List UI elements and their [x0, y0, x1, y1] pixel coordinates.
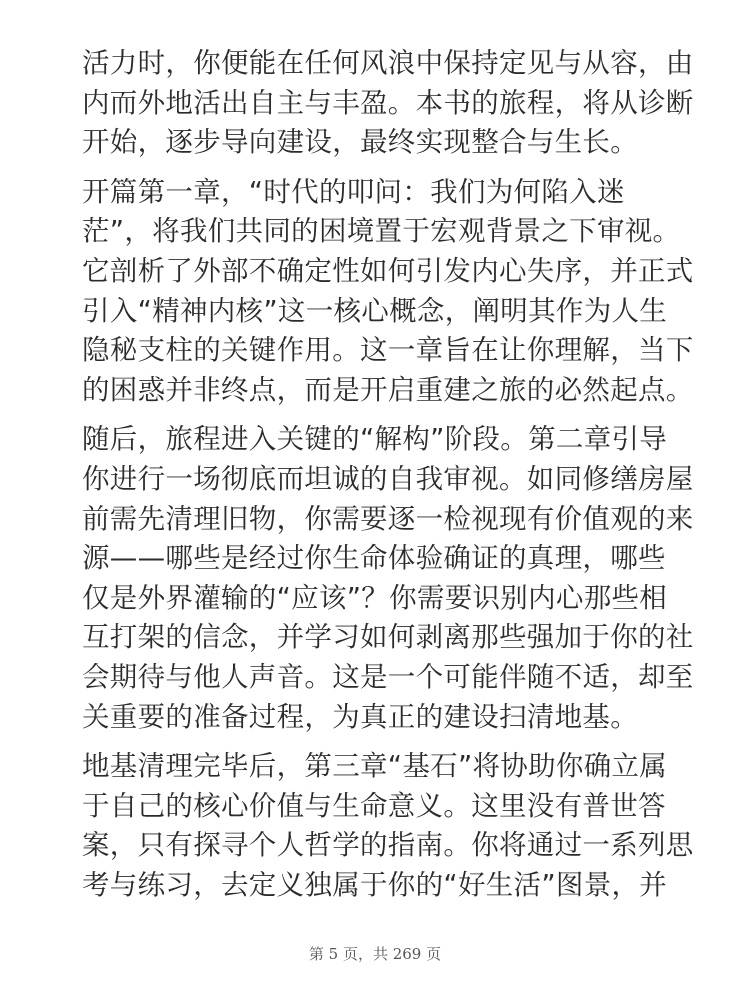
text-line: 开篇第一章，“时代的叩问：我们为何陷入迷 [82, 173, 672, 213]
text-line: 互打架的信念，并学习如何剥离那些强加于你的社 [82, 618, 672, 658]
text-line: 茫”，将我们共同的困境置于宏观背景之下审视。 [82, 212, 672, 252]
text-line: 关重要的准备过程，为真正的建设扫清地基。 [82, 698, 672, 738]
page-indicator: 第 5 页，共 269 页 [0, 943, 750, 964]
text-line: 案，只有探寻个人哲学的指南。你将通过一系列思 [82, 826, 672, 866]
text-line: 考与练习，去定义独属于你的“好生活”图景，并 [82, 866, 672, 906]
text-line: 前需先清理旧物，你需要逐一检视现有价值观的来 [82, 500, 672, 540]
text-line: 的困惑并非终点，而是开启重建之旅的必然起点。 [82, 371, 672, 411]
text-line: 开始，逐步导向建设，最终实现整合与生长。 [82, 123, 672, 163]
paragraph-2: 开篇第一章，“时代的叩问：我们为何陷入迷 茫”，将我们共同的困境置于宏观背景之下… [82, 173, 672, 411]
document-page: 活力时，你便能在任何风浪中保持定见与从容，由 内而外地活出自主与丰盈。本书的旅程… [82, 44, 672, 915]
text-line: 源——哪些是经过你生命体验确证的真理，哪些 [82, 539, 672, 579]
text-line: 于自己的核心价值与生命意义。这里没有普世答 [82, 787, 672, 827]
text-line: 它剖析了外部不确定性如何引发内心失序，并正式 [82, 252, 672, 292]
text-line: 随后，旅程进入关键的“解构”阶段。第二章引导 [82, 420, 672, 460]
text-line: 仅是外界灌输的“应该”？你需要识别内心那些相 [82, 579, 672, 619]
text-line: 隐秘支柱的关键作用。这一章旨在让你理解，当下 [82, 331, 672, 371]
paragraph-3: 随后，旅程进入关键的“解构”阶段。第二章引导 你进行一场彻底而坦诚的自我审视。如… [82, 420, 672, 737]
text-line: 引入“精神内核”这一核心概念，阐明其作为人生 [82, 292, 672, 332]
paragraph-4: 地基清理完毕后，第三章“基石”将协助你确立属 于自己的核心价值与生命意义。这里没… [82, 747, 672, 905]
text-line: 活力时，你便能在任何风浪中保持定见与从容，由 [82, 44, 672, 84]
text-line: 地基清理完毕后，第三章“基石”将协助你确立属 [82, 747, 672, 787]
paragraph-1: 活力时，你便能在任何风浪中保持定见与从容，由 内而外地活出自主与丰盈。本书的旅程… [82, 44, 672, 163]
text-line: 内而外地活出自主与丰盈。本书的旅程，将从诊断 [82, 84, 672, 124]
text-line: 你进行一场彻底而坦诚的自我审视。如同修缮房屋 [82, 460, 672, 500]
text-line: 会期待与他人声音。这是一个可能伴随不适，却至 [82, 658, 672, 698]
